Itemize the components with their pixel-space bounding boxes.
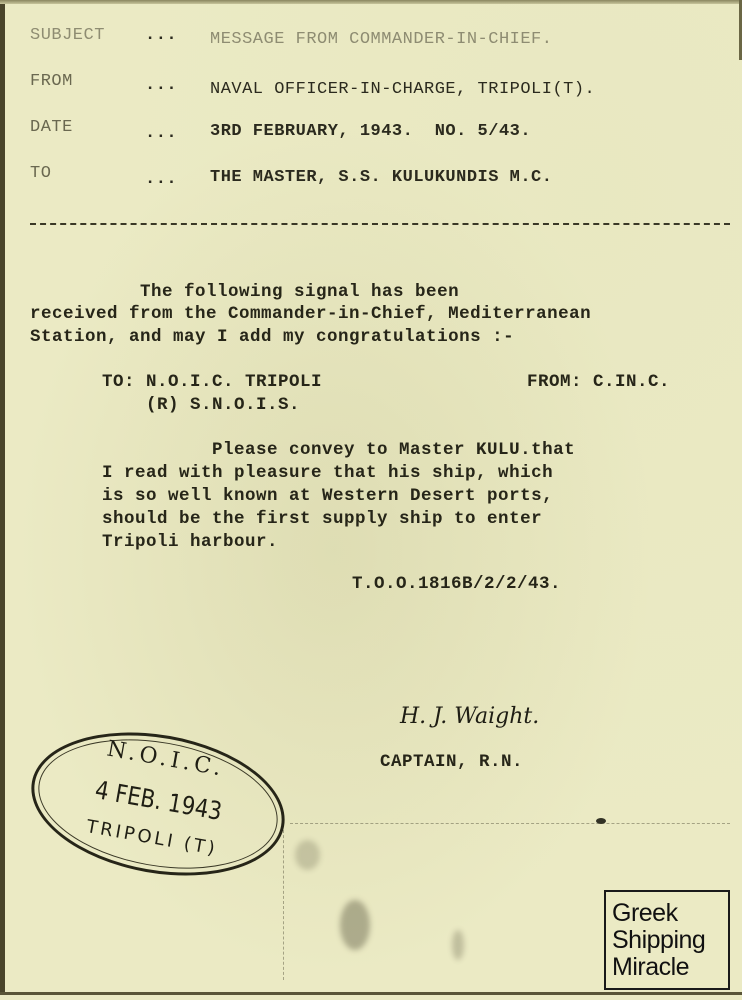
subject-label: SUBJECT — [30, 26, 105, 45]
scan-border-bottom — [0, 992, 742, 995]
from-label: FROM — [30, 72, 73, 91]
fold-line — [283, 830, 284, 980]
header-divider — [30, 223, 730, 225]
subject-dots: ... — [145, 26, 177, 45]
message-line: Tripoli harbour. — [102, 532, 278, 552]
ink-smudge — [452, 930, 464, 960]
subject-value: MESSAGE FROM COMMANDER-IN-CHIEF. — [210, 30, 552, 49]
to-value: THE MASTER, S.S. KULUKUNDIS M.C. — [210, 168, 552, 187]
date-dots: ... — [145, 124, 177, 143]
fold-line — [290, 823, 730, 824]
ink-smudge — [295, 840, 320, 870]
watermark-logo: Greek Shipping Miracle — [604, 890, 730, 990]
signal-from: FROM: C.IN.C. — [527, 372, 670, 392]
date-label: DATE — [30, 118, 73, 137]
logo-line: Shipping — [612, 927, 728, 954]
date-value: 3RD FEBRUARY, 1943. NO. 5/43. — [210, 122, 531, 141]
message-line: I read with pleasure that his ship, whic… — [102, 463, 553, 483]
scan-border-top — [0, 0, 742, 4]
signature-title: CAPTAIN, R.N. — [380, 752, 523, 772]
signal-reference: T.O.O.1816B/2/2/43. — [352, 574, 561, 594]
message-line: Please convey to Master KULU.that — [102, 440, 575, 460]
logo-line: Greek — [612, 900, 728, 927]
to-label: TO — [30, 164, 51, 183]
to-dots: ... — [145, 170, 177, 189]
from-value: NAVAL OFFICER-IN-CHARGE, TRIPOLI(T). — [210, 80, 595, 99]
ink-smudge — [340, 900, 370, 950]
logo-line: Miracle — [612, 954, 728, 981]
signal-repeat: (R) S.N.O.I.S. — [102, 395, 300, 415]
intro-line: received from the Commander-in-Chief, Me… — [30, 304, 591, 324]
signal-to: TO: N.O.I.C. TRIPOLI — [102, 372, 322, 392]
message-line: should be the first supply ship to enter — [102, 509, 542, 529]
from-dots: ... — [145, 76, 177, 95]
handwritten-signature: H. J. Waight. — [400, 704, 539, 729]
intro-line: Station, and may I add my congratulation… — [30, 327, 514, 347]
scan-border-left — [0, 4, 5, 994]
message-line: is so well known at Western Desert ports… — [102, 486, 553, 506]
intro-line: The following signal has been — [30, 282, 459, 302]
